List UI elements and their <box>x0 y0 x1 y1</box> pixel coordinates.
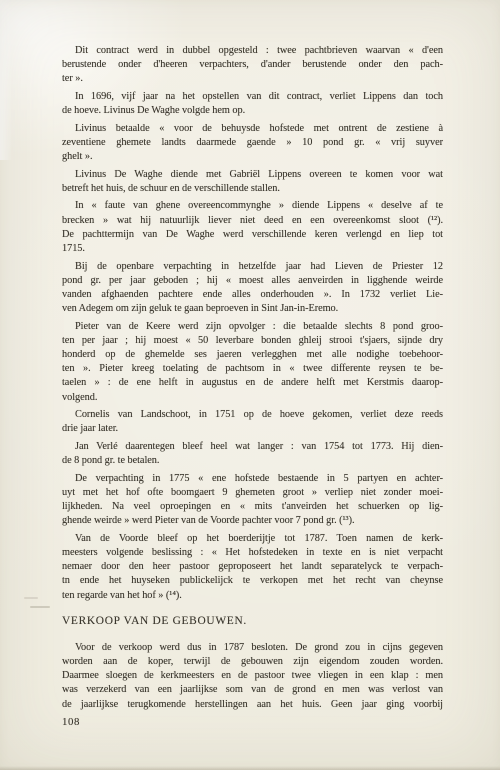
text-line: ghelt ». <box>62 150 443 164</box>
text-line: drie jaar later. <box>62 422 443 436</box>
paragraph: Dit contract werd in dubbel opgesteld : … <box>62 44 443 87</box>
text-line: worden aan de koper, terwijl de gebouwen… <box>62 655 443 669</box>
text-line: honderd op de ghemelde ses jaeren verleg… <box>62 348 443 362</box>
paragraph: Livinus De Waghe diende met Gabriël Lipp… <box>62 168 443 196</box>
paragraph: Cornelis van Landschoot, in 1751 op de h… <box>62 408 443 436</box>
paragraph: Van de Voorde bleef op het boerderijtje … <box>62 532 443 603</box>
text-line: de jaarlijkse terugkomende herstellingen… <box>62 698 443 712</box>
text-line: taelen » : de ene helft in augustus en d… <box>62 376 443 390</box>
text-line: ten ». Pieter kreeg toelating de pachtso… <box>62 362 443 376</box>
text-line: Dit contract werd in dubbel opgesteld : … <box>62 44 443 58</box>
text-line: De pachttermijn van De Waghe werd versch… <box>62 228 443 242</box>
text-line: ter ». <box>62 72 443 86</box>
text-line: ven Adegem om zijn geluk te gaan beproev… <box>62 302 443 316</box>
section-heading: VERKOOP VAN DE GEBOUWEN. <box>62 613 443 629</box>
text-line: ten regarde van het hof » (¹⁴). <box>62 589 443 603</box>
text-line: betreft het huis, de schuur en de versch… <box>62 182 443 196</box>
scanned-book-page: Dit contract werd in dubbel opgesteld : … <box>0 0 500 770</box>
paragraph: In 1696, vijf jaar na het opstellen van … <box>62 90 443 118</box>
paragraph: Voor de verkoop werd dus in 1787 beslote… <box>62 641 443 712</box>
scan-smudge <box>30 606 50 608</box>
text-line: berustende onder d'heeren verpachters, d… <box>62 58 443 72</box>
text-line: 1715. <box>62 242 443 256</box>
paragraph: In « faute van ghene overeencommynghe » … <box>62 199 443 256</box>
text-line: In 1696, vijf jaar na het opstellen van … <box>62 90 443 104</box>
text-line: Daarmee sloegen de kerkmeesters en de pa… <box>62 669 443 683</box>
text-line: uyt met het hof ofte boomgaert 9 ghemete… <box>62 486 443 500</box>
paragraph: Jan Verlé daarentegen bleef heel wat lan… <box>62 440 443 468</box>
scan-smudge <box>24 597 38 599</box>
text-line: Livinus De Waghe diende met Gabriël Lipp… <box>62 168 443 182</box>
text-line: meesters volgende beslissing : « Het hof… <box>62 546 443 560</box>
paragraphs-after-heading: Voor de verkoop werd dus in 1787 beslote… <box>62 641 443 712</box>
text-line: nemaer door den heer pastoor geproposeer… <box>62 560 443 574</box>
scan-edge-highlight <box>0 0 12 160</box>
scan-edge-shadow <box>0 766 500 770</box>
page-number: 108 <box>62 716 80 728</box>
text-line: lijkheden. Na veel oproepingen en « mits… <box>62 500 443 514</box>
text-line: De verpachting in 1775 « ene hofstede be… <box>62 472 443 486</box>
text-line: ten per jaar ; hij moest « 50 leverbare … <box>62 334 443 348</box>
text-line: Voor de verkoop werd dus in 1787 beslote… <box>62 641 443 655</box>
text-line: Jan Verlé daarentegen bleef heel wat lan… <box>62 440 443 454</box>
text-line: vanden afghaenden pachtere ende alles on… <box>62 288 443 302</box>
text-line: was verzekerd van een jaarlijkse som van… <box>62 683 443 697</box>
text-line: Cornelis van Landschoot, in 1751 op de h… <box>62 408 443 422</box>
paragraph: Pieter van de Keere werd zijn opvolger :… <box>62 320 443 405</box>
text-line: de 8 pond gr. te betalen. <box>62 454 443 468</box>
text-line: Livinus betaalde « voor de behuysde hofs… <box>62 122 443 136</box>
text-line: Van de Voorde bleef op het boerderijtje … <box>62 532 443 546</box>
text-line: de hoeve. Livinus De Waghe volgde hem op… <box>62 104 443 118</box>
paragraph: De verpachting in 1775 « ene hofstede be… <box>62 472 443 529</box>
text-line: ghende weirde » werd Pieter van de Voord… <box>62 514 443 528</box>
text-block: Dit contract werd in dubbel opgesteld : … <box>62 44 443 715</box>
text-line: pond gr. per jaar geboden ; hij « moest … <box>62 274 443 288</box>
text-line: Pieter van de Keere werd zijn opvolger :… <box>62 320 443 334</box>
text-line: brecken » wat hij natuurlijk liever niet… <box>62 214 443 228</box>
text-line: zeventiene ghemete landts daarmede gaend… <box>62 136 443 150</box>
paragraph: Livinus betaalde « voor de behuysde hofs… <box>62 122 443 165</box>
text-line: In « faute van ghene overeencommynghe » … <box>62 199 443 213</box>
paragraph: Bij de openbare verpachting in hetzelfde… <box>62 260 443 317</box>
text-line: tn ende het huyseken publickelijck te ve… <box>62 574 443 588</box>
text-line: volgend. <box>62 391 443 405</box>
text-line: Bij de openbare verpachting in hetzelfde… <box>62 260 443 274</box>
paragraphs-before-heading: Dit contract werd in dubbel opgesteld : … <box>62 44 443 603</box>
